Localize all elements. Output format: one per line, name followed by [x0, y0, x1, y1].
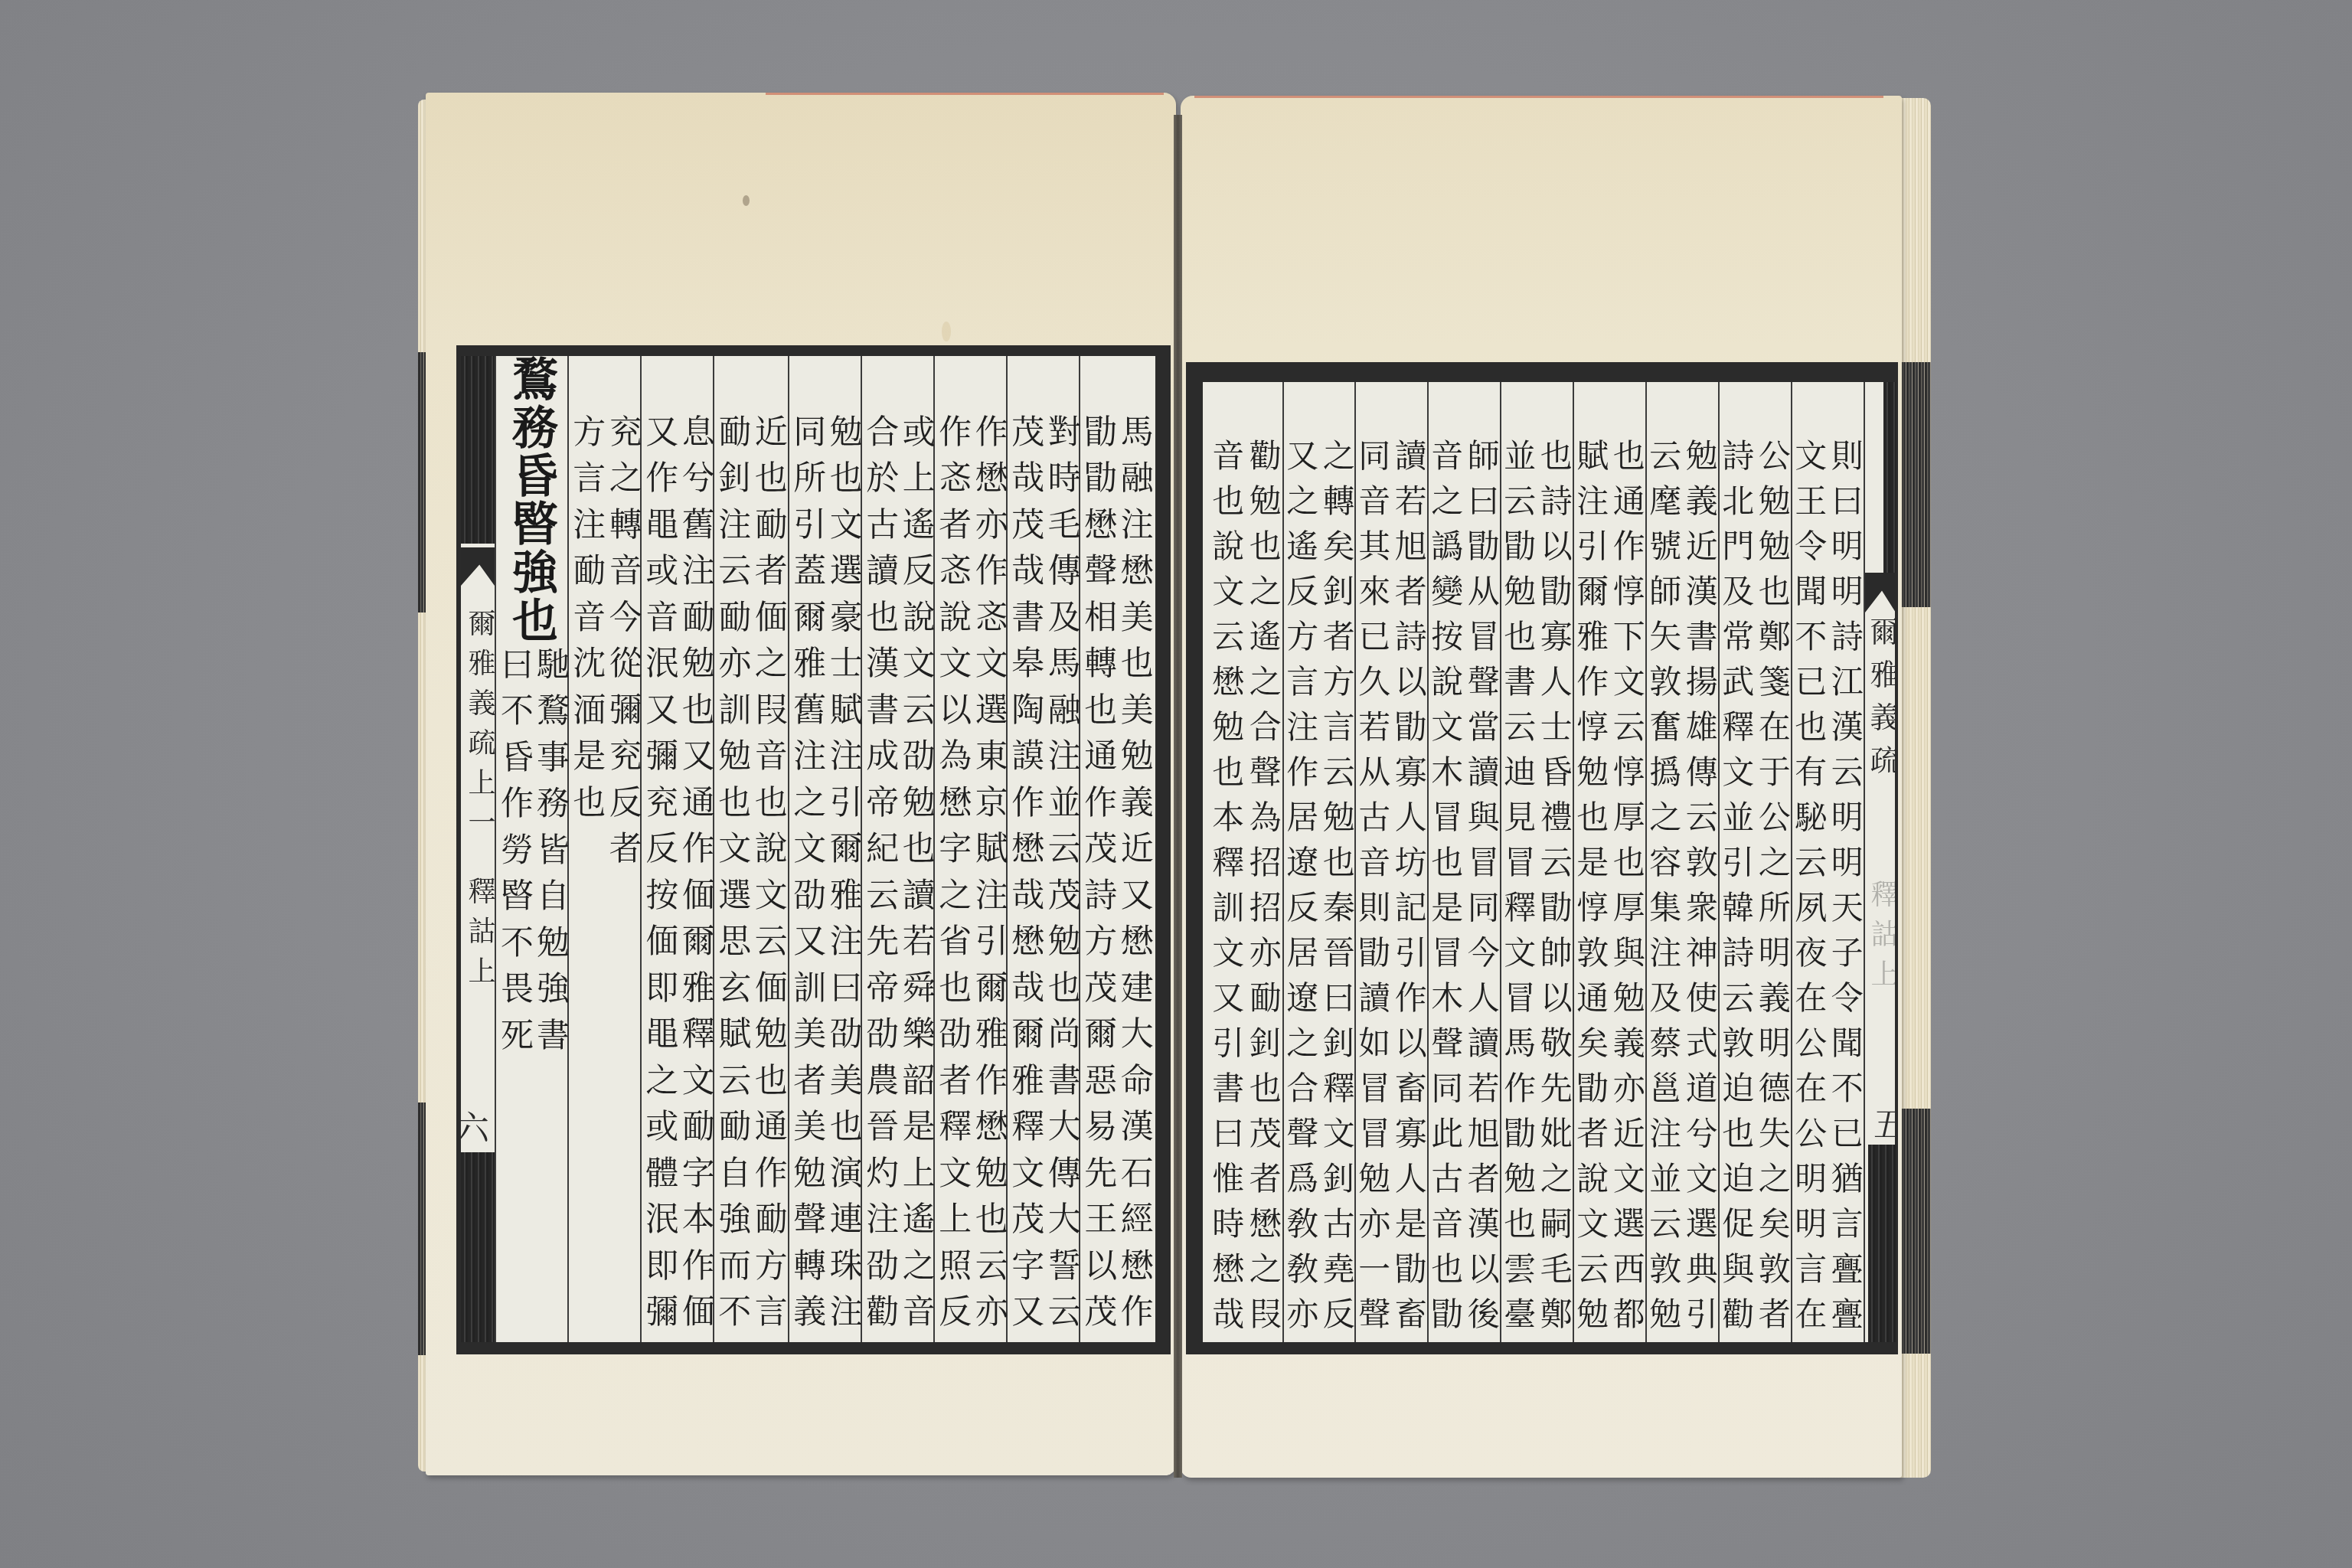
entry-headword: 鶩務昏暋強也 — [505, 355, 558, 645]
main-column: 或上遙反說文云劭勉也讀若舜樂韶是上遙之音 合於古讀也漢書成帝紀云先帝劭農晉灼注劭… — [861, 414, 934, 1364]
text-column: 作懋亦作忞文選東京賦注引爾雅作懋勉也云亦 — [971, 414, 1007, 1364]
main-column: 公勉勉也鄭箋在于公之所明義明德失之矣敦者 詩北門及常武釋文並引韓詩云敦迫也迫促與… — [1718, 439, 1791, 1388]
fishtail-mark-icon — [461, 547, 495, 586]
folio-number: 六 — [461, 1110, 485, 1144]
running-title: 爾雅義疏 — [1867, 616, 1896, 788]
text-column: 勉也文選豪士賦注引爾雅注曰劭美也演連珠注 — [825, 414, 861, 1364]
upper-ink-block — [1883, 382, 1896, 573]
text-column: 對時毛傳及馬融注並云茂勉也尚書大傳大誓云 — [1044, 414, 1080, 1364]
text-column: 息兮舊注勔勉也又通作偭爾雅釋文勔字本作偭 — [678, 414, 714, 1364]
text-column: 賦注引爾雅作惇勉也是惇敦通矣勖者說文云勉 — [1573, 439, 1609, 1388]
text-column: 近也勔者偭之叚音也說文云偭勉也通作勔方言 — [750, 414, 786, 1364]
main-column: 馬融注懋美也美勉義近又懋建大命漢石經懋作 勖勖懋聲相轉也通作茂詩方茂爾惡易先王以… — [1080, 414, 1152, 1364]
text-column: 詩北門及常武釋文並引韓詩云敦迫也迫促與勸 — [1718, 439, 1754, 1388]
photo-background: 爾雅義疏上一 釋詁上 六 鶩務昏暋強也 馳鶩事務皆自勉強書 曰不昏作勞暋不畏死 … — [0, 0, 2352, 1568]
main-column: 近也勔者偭之叚音也說文云偭勉也通作勔方言 勔釗注云勔亦訓勉也文選思玄賦云勔自強而… — [714, 414, 786, 1364]
annotation-column: 曰不昏作勞暋不畏死 — [496, 647, 532, 1106]
text-column: 同音其來已久若从古音則勖讀如冒冒勉亦一聲 — [1354, 439, 1390, 1388]
main-column: 勸勉也之遙之合聲為招招亦勔釗也茂者懋之叚 音也說文云懋勉也本釋訓文又引書曰惟時懋… — [1207, 439, 1282, 1388]
book-gutter — [1174, 115, 1182, 1478]
main-column: 師曰勖从冒聲當讀與冒同今人讀若旭者漢以後 音之譌變按說文木冒也是冒木聲同此古音也… — [1427, 439, 1500, 1388]
text-column: 合於古讀也漢書成帝紀云先帝劭農晉灼注劭勸 — [861, 414, 897, 1364]
main-column: 勉也文選豪士賦注引爾雅注曰劭美也演連珠注 同所引蓋爾雅舊注之文劭又訓美者美勉聲轉… — [789, 414, 861, 1364]
paper-stain — [743, 195, 750, 206]
text-column: 勸勉也之遙之合聲為招招亦勔釗也茂者懋之叚 — [1246, 439, 1282, 1388]
text-column: 音之譌變按說文木冒也是冒木聲同此古音也勖 — [1427, 439, 1463, 1388]
text-column: 則曰明明詩江漢云明明天子令聞不已猶言亹亹 — [1828, 439, 1864, 1388]
entry-annotation: 馳鶩事務皆自勉強書 曰不昏作勞暋不畏死 — [496, 647, 568, 1106]
text-column: 公勉勉也鄭箋在于公之所明義明德失之矣敦者 — [1755, 439, 1791, 1388]
lower-ink-block — [1868, 1145, 1896, 1342]
text-column: 兖之轉音今從彌兖反者 — [605, 414, 641, 1364]
text-column: 勖勖懋聲相轉也通作茂詩方茂爾惡易先王以茂 — [1080, 414, 1116, 1364]
main-column: 之轉矣釗者方言云勉也秦晉曰釗釋文釗古堯反 又之遙反方言注作居遼反居遼之合聲爲敎敎… — [1282, 439, 1355, 1388]
text-column: 師曰勖从冒聲當讀與冒同今人讀若旭者漢以後 — [1464, 439, 1500, 1388]
text-column: 馬融注懋美也美勉義近又懋建大命漢石經懋作 — [1116, 414, 1152, 1364]
lower-ink-block — [461, 1152, 495, 1342]
text-column: 又作黽或音泯又彌兖反按偭即黽之或體泯即彌 — [641, 414, 677, 1364]
text-column: 也通作惇下文云惇厚也厚與勉義亦近文選西都 — [1609, 439, 1645, 1388]
text-column: 方言注勔音沈湎是也 — [568, 414, 604, 1364]
text-column: 勉義近漢書揚雄傳云敦衆神使式道兮文選典引 — [1682, 439, 1718, 1388]
text-column: 茂哉茂哉書皋陶謨作懋哉懋哉爾雅釋文茂字又 — [1007, 414, 1043, 1364]
text-column: 勔釗注云勔亦訓勉也文選思玄賦云勔自強而不 — [714, 414, 750, 1364]
main-column: 對時毛傳及馬融注並云茂勉也尚書大傳大誓云 茂哉茂哉書皋陶謨作懋哉懋哉爾雅釋文茂字… — [1007, 414, 1080, 1364]
annotation-column: 馳鶩事務皆自勉強書 — [532, 647, 568, 1106]
fishtail-mark-icon — [1865, 573, 1896, 612]
paper-stain — [942, 322, 951, 341]
left-fold-column: 爾雅義疏上一 釋詁上 六 — [461, 356, 495, 1342]
text-column: 讀若旭者詩以勖寡人坊記引作以畜寡人是勖畜 — [1391, 439, 1427, 1388]
text-column: 同所引蓋爾雅舊注之文劭又訓美者美勉聲轉義 — [789, 414, 825, 1364]
main-column: 兖之轉音今從彌兖反者 方言注勔音沈湎是也 — [568, 414, 641, 1364]
text-column: 音也說文云懋勉也本釋訓文又引書曰惟時懋哉 — [1208, 439, 1244, 1388]
folio-number: 五 — [1870, 1106, 1896, 1140]
running-title: 爾雅義疏上一 — [464, 609, 495, 848]
main-column: 作懋亦作忞文選東京賦注引爾雅作懋勉也云亦 作忞者忞說文以為懋字之省也劭者釋文上照… — [934, 414, 1007, 1364]
text-column: 或上遙反說文云劭勉也讀若舜樂韶是上遙之音 — [898, 414, 934, 1364]
main-column: 讀若旭者詩以勖寡人坊記引作以畜寡人是勖畜 同音其來已久若从古音則勖讀如冒冒勉亦一… — [1354, 439, 1427, 1388]
main-column: 也詩以勖寡人士昏禮云勖帥以敬先妣之嗣毛鄭 並云勖勉也書云迪見冒釋文冒馬作勖勉也雲… — [1500, 439, 1573, 1388]
main-column: 勉義近漢書揚雄傳云敦衆神使式道兮文選典引 云麾號師矢敦奮撝之容集注及蔡邕注並云敦… — [1645, 439, 1718, 1388]
text-column: 作忞者忞說文以為懋字之省也劭者釋文上照反 — [934, 414, 970, 1364]
text-column: 文王令聞不已也有駜云夙夜在公在公明明言在 — [1791, 439, 1827, 1388]
upper-ink-block — [461, 356, 495, 544]
main-column: 也通作惇下文云惇厚也厚與勉義亦近文選西都 賦注引爾雅作惇勉也是惇敦通矣勖者說文云… — [1573, 439, 1645, 1388]
text-column: 並云勖勉也書云迪見冒釋文冒馬作勖勉也雲臺 — [1500, 439, 1536, 1388]
top-edge-tint — [766, 93, 1164, 95]
right-fold-column: 爾雅義疏 釋詁上 五 — [1865, 382, 1896, 1342]
text-column: 云麾號師矢敦奮撝之容集注及蔡邕注並云敦勉 — [1645, 439, 1681, 1388]
section-title: 釋詁上 — [1867, 880, 1896, 999]
main-column: 息兮舊注勔勉也又通作偭爾雅釋文勔字本作偭 又作黽或音泯又彌兖反按偭即黽之或體泯即… — [641, 414, 714, 1364]
text-column: 又之遙反方言注作居遼反居遼之合聲爲敎敎亦 — [1282, 439, 1318, 1388]
text-column: 也詩以勖寡人士昏禮云勖帥以敬先妣之嗣毛鄭 — [1537, 439, 1573, 1388]
section-title: 釋詁上 — [464, 877, 495, 996]
top-edge-tint — [1194, 96, 1883, 98]
main-column: 則曰明明詩江漢云明明天子令聞不已猶言亹亹 文王令聞不已也有駜云夙夜在公在公明明言… — [1791, 439, 1864, 1388]
text-column: 之轉矣釗者方言云勉也秦晉曰釗釋文釗古堯反 — [1319, 439, 1355, 1388]
